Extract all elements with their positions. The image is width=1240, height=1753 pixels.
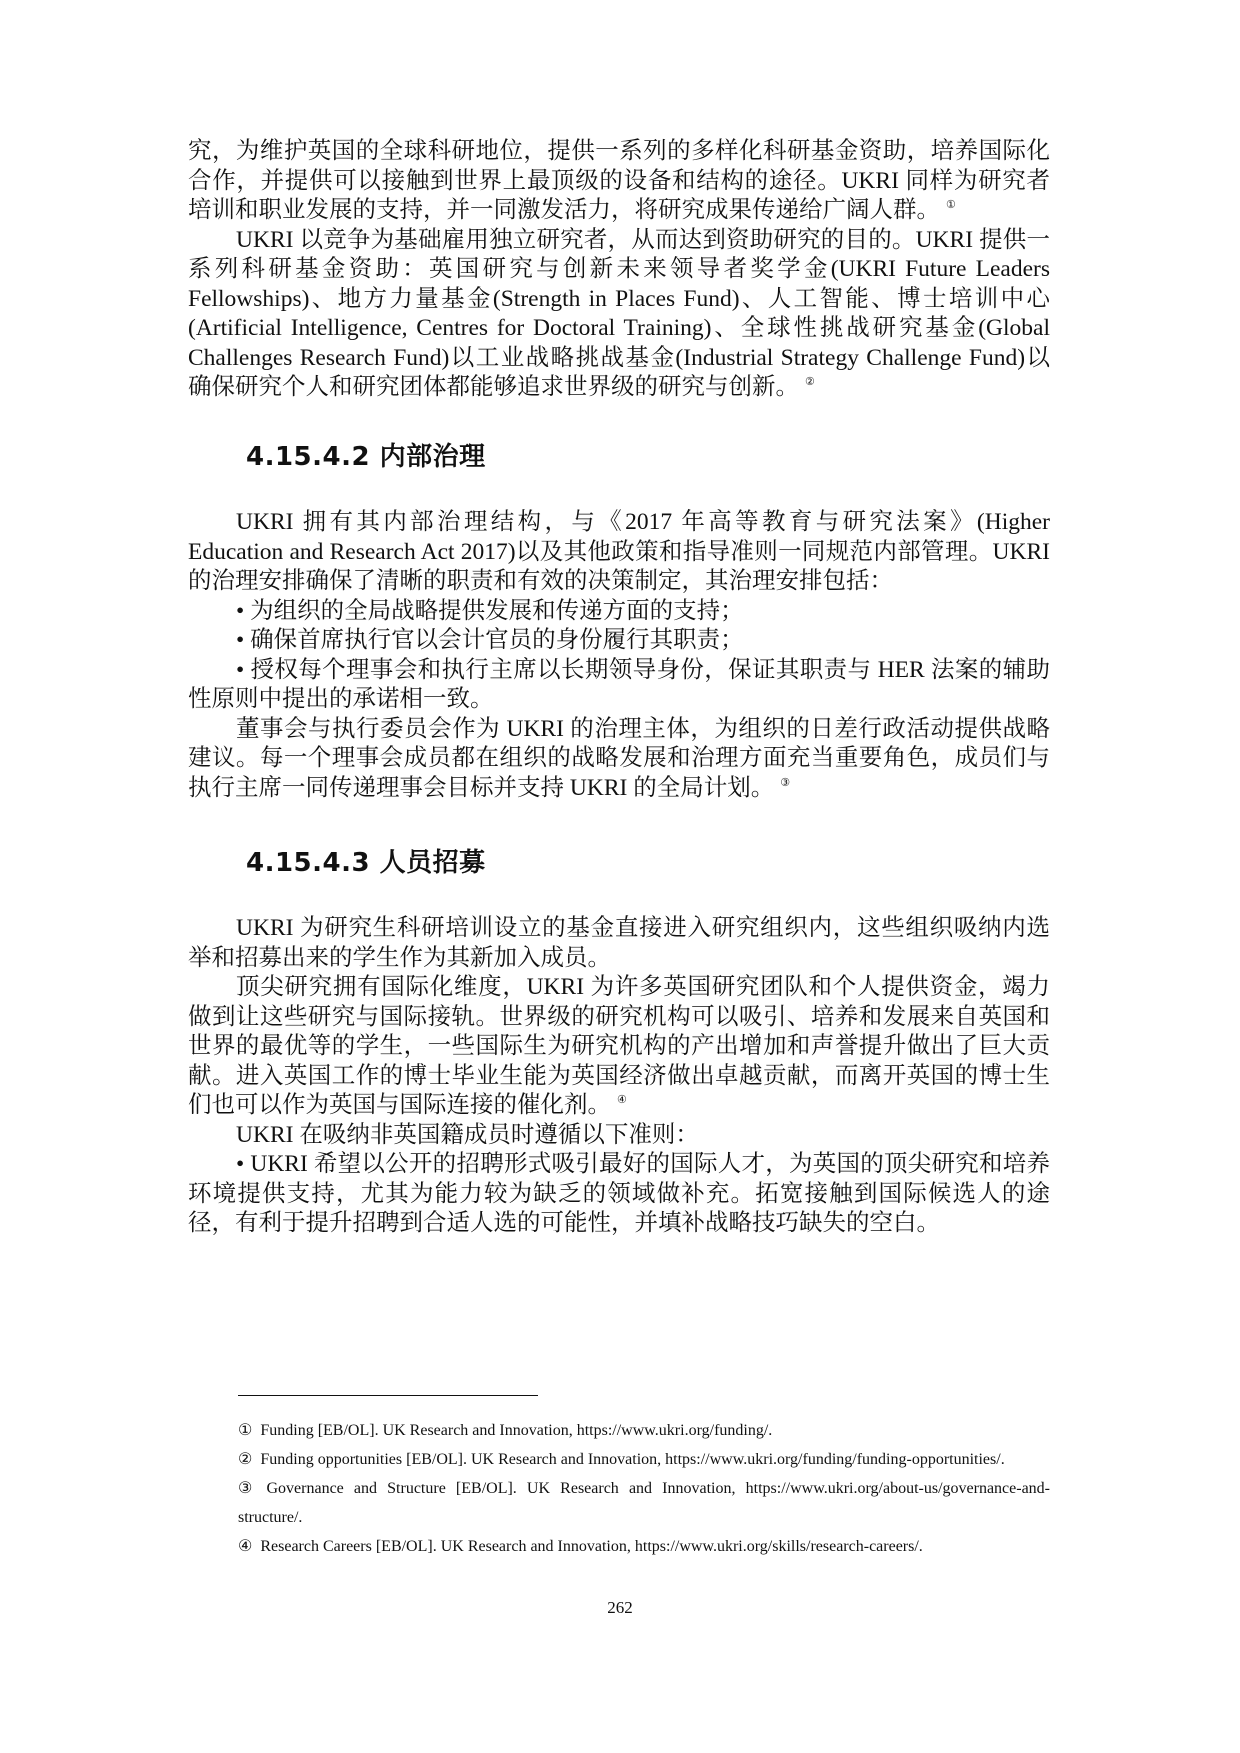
footnote-text: Funding opportunities [EB/OL]. UK Resear… — [260, 1451, 1004, 1468]
footnote-item: ④Research Careers [EB/OL]. UK Research a… — [238, 1532, 1050, 1561]
document-page: 究，为维护英国的全球科研地位，提供一系列的多样化科研基金资助，培养国际化合作，并… — [0, 0, 1240, 1753]
footnote-ref[interactable]: ② — [805, 376, 815, 388]
footnote-marker: ① — [238, 1422, 252, 1439]
bullet-item: • 为组织的全局战略提供发展和传递方面的支持； — [188, 597, 1050, 627]
paragraph: UKRI 为研究生科研培训设立的基金直接进入研究组织内，这些组织吸纳内选举和招募… — [188, 914, 1050, 973]
footnote-text: Funding [EB/OL]. UK Research and Innovat… — [260, 1422, 772, 1439]
bullet-item: • 确保首席执行官以会计官员的身份履行其职责； — [188, 626, 1050, 656]
footnote-item: ①Funding [EB/OL]. UK Research and Innova… — [238, 1416, 1050, 1445]
footnote-item: ③Governance and Structure [EB/OL]. UK Re… — [238, 1474, 1050, 1532]
footnote-divider — [238, 1395, 538, 1396]
governance-section: UKRI 拥有其内部治理结构，与《2017 年高等教育与研究法案》(Higher… — [188, 508, 1050, 803]
bullet-item: • 授权每个理事会和执行主席以长期领导身份，保证其职责与 HER 法案的辅助性原… — [188, 656, 1050, 715]
bullet-item: • UKRI 希望以公开的招聘形式吸引最好的国际人才，为英国的顶尖研究和培养环境… — [188, 1150, 1050, 1239]
footnote-item: ②Funding opportunities [EB/OL]. UK Resea… — [238, 1445, 1050, 1474]
footnote-ref[interactable]: ① — [946, 199, 956, 211]
footnote-ref[interactable]: ④ — [617, 1094, 627, 1106]
section-heading-governance: 4.15.4.2 内部治理 — [246, 436, 486, 473]
paragraph: UKRI 拥有其内部治理结构，与《2017 年高等教育与研究法案》(Higher… — [188, 508, 1050, 597]
paragraph: UKRI 以竞争为基础雇用独立研究者，从而达到资助研究的目的。UKRI 提供一系… — [188, 226, 1050, 403]
paragraph: 顶尖研究拥有国际化维度，UKRI 为许多英国研究团队和个人提供资金，竭力做到让这… — [188, 973, 1050, 1121]
funding-section: 究，为维护英国的全球科研地位，提供一系列的多样化科研基金资助，培养国际化合作，并… — [188, 137, 1050, 403]
page-number: 262 — [0, 1598, 1240, 1618]
footnote-text: Research Careers [EB/OL]. UK Research an… — [260, 1538, 922, 1555]
paragraph: UKRI 在吸纳非英国籍成员时遵循以下准则： — [188, 1121, 1050, 1151]
footnote-marker: ③ — [238, 1480, 258, 1497]
footnote-marker: ④ — [238, 1538, 252, 1555]
paragraph: 董事会与执行委员会作为 UKRI 的治理主体，为组织的日差行政活动提供战略建议。… — [188, 715, 1050, 804]
footnote-ref[interactable]: ③ — [780, 777, 790, 789]
recruitment-section: UKRI 为研究生科研培训设立的基金直接进入研究组织内，这些组织吸纳内选举和招募… — [188, 914, 1050, 1239]
footnote-text: Governance and Structure [EB/OL]. UK Res… — [238, 1480, 1050, 1526]
footnote-marker: ② — [238, 1451, 252, 1468]
footnotes: ①Funding [EB/OL]. UK Research and Innova… — [238, 1416, 1050, 1561]
paragraph: 究，为维护英国的全球科研地位，提供一系列的多样化科研基金资助，培养国际化合作，并… — [188, 137, 1050, 226]
section-heading-recruitment: 4.15.4.3 人员招募 — [246, 842, 486, 879]
